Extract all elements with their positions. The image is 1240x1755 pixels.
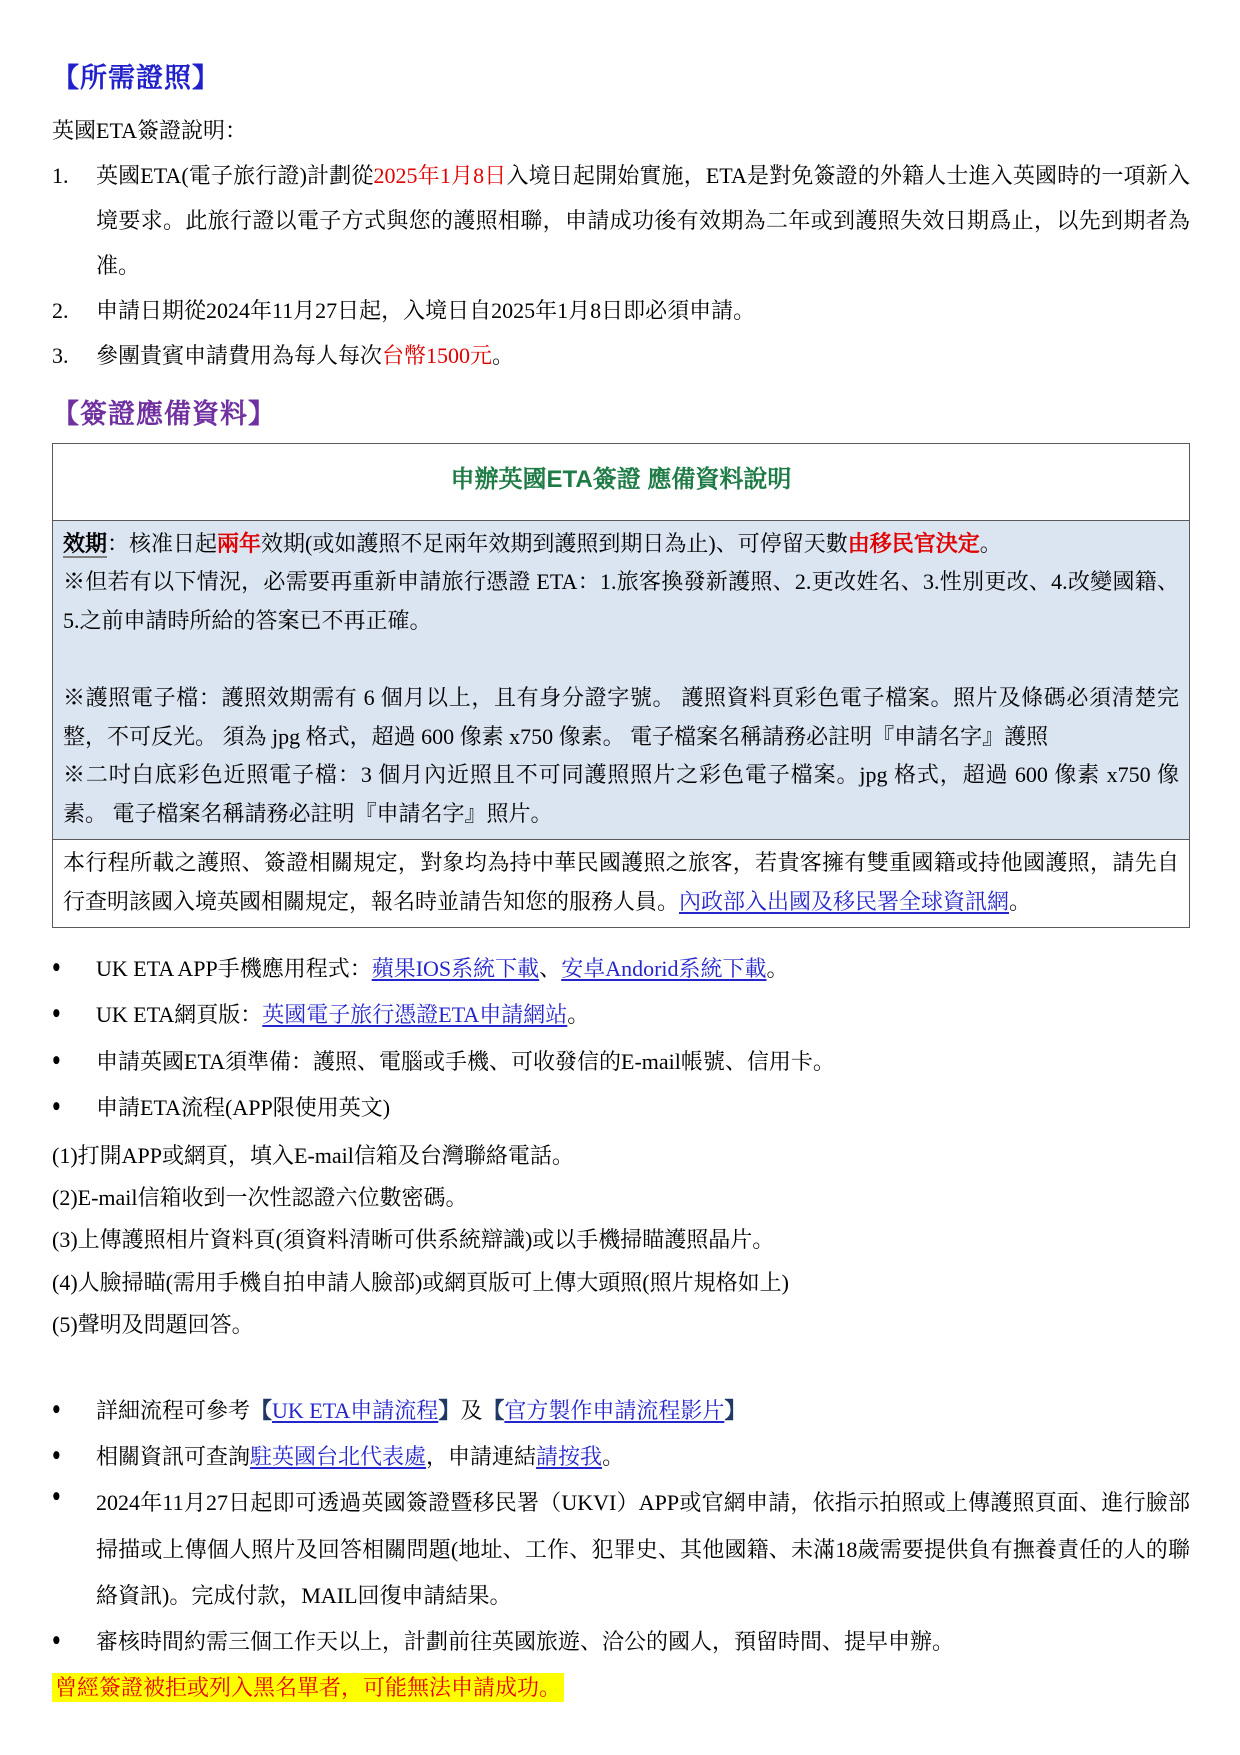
bullet-item: ● 相關資訊可查詢駐英國台北代表處，申請連結請按我。 xyxy=(52,1434,1190,1480)
bullet-list-2: ● 詳細流程可參考【UK ETA申請流程】及【官方製作申請流程影片】 ● 相關資… xyxy=(52,1388,1190,1665)
numbered-item-2-text: 申請日期從2024年11月27日起，入境日自2025年1月8日即必須申請。 xyxy=(96,288,1190,333)
link-immigration-agency-website[interactable]: 內政部入出國及移民署全球資訊網 xyxy=(679,889,1009,914)
document-page: 【所需證照】 英國ETA簽證說明： 1. 英國ETA(電子旅行證)計劃從2025… xyxy=(0,0,1240,1707)
warning-line: 曾經簽證被拒或列入黑名單者，可能無法申請成功。 xyxy=(52,1669,1190,1706)
link-official-process-video[interactable]: 官方製作申請流程影片 xyxy=(504,1398,724,1423)
link-android-download[interactable]: 安卓Andorid系統下載 xyxy=(561,956,766,981)
step-1: (1)打開APP或網頁，填入E-mail信箱及台灣聯絡電話。 xyxy=(52,1135,1190,1177)
link-apple-ios-download[interactable]: 蘋果IOS系統下載 xyxy=(372,956,539,981)
bullet-item-text: 審核時間約需三個工作天以上，計劃前往英國旅遊、洽公的國人，預留時間、提早申辦。 xyxy=(96,1619,1190,1665)
numbered-item-3: 3. 參團貴賓申請費用為每人每次台幣1500元。 xyxy=(52,333,1190,378)
bullet-item-text: UK ETA APP手機應用程式：蘋果IOS系統下載、安卓Andorid系統下載… xyxy=(96,946,1190,992)
link-taipei-representative-office[interactable]: 駐英國台北代表處 xyxy=(250,1444,426,1469)
bullet-item-text: 相關資訊可查詢駐英國台北代表處，申請連結請按我。 xyxy=(96,1434,1190,1480)
bullet-item: ● 2024年11月27日起即可透過英國簽證暨移民署（UKVI）APP或官網申請… xyxy=(52,1480,1190,1619)
bullet-item-text: 申請英國ETA須準備：護照、電腦或手機、可收發信的E-mail帳號、信用卡。 xyxy=(96,1039,1190,1085)
bullet-icon: ● xyxy=(52,1386,89,1437)
application-steps: (1)打開APP或網頁，填入E-mail信箱及台灣聯絡電話。 (2)E-mail… xyxy=(52,1135,1190,1346)
bullet-item-text: 2024年11月27日起即可透過英國簽證暨移民署（UKVI）APP或官網申請，依… xyxy=(96,1480,1190,1619)
intro-line: 英國ETA簽證說明： xyxy=(52,109,1190,153)
validity-paragraph-3: ※護照電子檔：護照效期需有 6 個月以上，且有身分證字號。 護照資料頁彩色電子檔… xyxy=(63,679,1179,756)
list-number-1: 1. xyxy=(52,153,96,288)
bullet-icon: ● xyxy=(52,1617,89,1668)
bullet-icon: ● xyxy=(52,990,89,1041)
bullet-item: ● 申請ETA流程(APP限使用英文) xyxy=(52,1085,1190,1131)
table-validity-cell: 效期：核准日起兩年效期(或如護照不足兩年效期到護照到期日為止)、可停留天數由移民… xyxy=(53,520,1189,841)
list-number-2: 2. xyxy=(52,288,96,333)
table-notice-cell: 本行程所載之護照、簽證相關規定，對象均為持中華民國護照之旅客，若貴客擁有雙重國籍… xyxy=(53,840,1189,927)
blank-line xyxy=(63,640,1179,679)
bullet-item: ● UK ETA APP手機應用程式：蘋果IOS系統下載、安卓Andorid系統… xyxy=(52,946,1190,992)
highlight-warning-text: 曾經簽證被拒或列入黑名單者，可能無法申請成功。 xyxy=(52,1673,564,1702)
validity-paragraph-2: ※但若有以下情況，必需要再重新申請旅行憑證 ETA：1.旅客換發新護照、2.更改… xyxy=(63,563,1179,640)
vertical-spacer xyxy=(52,1346,1190,1388)
bullet-icon: ● xyxy=(52,1082,89,1133)
link-apply-here[interactable]: 請按我 xyxy=(536,1444,602,1469)
validity-paragraph-1: 效期：核准日起兩年效期(或如護照不足兩年效期到護照到期日為止)、可停留天數由移民… xyxy=(63,525,1179,564)
bullet-icon: ● xyxy=(52,944,89,995)
section-title-visa-documents: 【簽證應備資料】 xyxy=(52,392,1190,431)
link-uk-eta-process[interactable]: UK ETA申請流程 xyxy=(272,1398,438,1423)
bullet-item: ● 詳細流程可參考【UK ETA申請流程】及【官方製作申請流程影片】 xyxy=(52,1388,1190,1434)
bullet-item: ● 審核時間約需三個工作天以上，計劃前往英國旅遊、洽公的國人，預留時間、提早申辦… xyxy=(52,1619,1190,1665)
section-title-required-documents: 【所需證照】 xyxy=(52,56,1190,95)
numbered-item-1: 1. 英國ETA(電子旅行證)計劃從2025年1月8日入境日起開始實施，ETA是… xyxy=(52,153,1190,288)
bullet-icon: ● xyxy=(52,1474,89,1626)
visa-info-table: 申辦英國ETA簽證 應備資料說明 效期：核准日起兩年效期(或如護照不足兩年效期到… xyxy=(52,443,1190,928)
step-5: (5)聲明及問題回答。 xyxy=(52,1304,1190,1346)
step-2: (2)E-mail信箱收到一次性認證六位數密碼。 xyxy=(52,1177,1190,1219)
numbered-item-2: 2. 申請日期從2024年11月27日起，入境日自2025年1月8日即必須申請。 xyxy=(52,288,1190,333)
step-4: (4)人臉掃瞄(需用手機自拍申請人臉部)或網頁版可上傳大頭照(照片規格如上) xyxy=(52,1262,1190,1304)
bullet-icon: ● xyxy=(52,1036,89,1087)
bullet-item-text: 申請ETA流程(APP限使用英文) xyxy=(96,1085,1190,1131)
numbered-item-3-text: 參團貴賓申請費用為每人每次台幣1500元。 xyxy=(96,333,1190,378)
bullet-list-1: ● UK ETA APP手機應用程式：蘋果IOS系統下載、安卓Andorid系統… xyxy=(52,946,1190,1131)
numbered-item-1-text: 英國ETA(電子旅行證)計劃從2025年1月8日入境日起開始實施，ETA是對免簽… xyxy=(96,153,1190,288)
bullet-item: ● UK ETA網頁版：英國電子旅行憑證ETA申請網站。 xyxy=(52,992,1190,1038)
list-number-3: 3. xyxy=(52,333,96,378)
bullet-item-text: 詳細流程可參考【UK ETA申請流程】及【官方製作申請流程影片】 xyxy=(96,1388,1190,1434)
bullet-item: ● 申請英國ETA須準備：護照、電腦或手機、可收發信的E-mail帳號、信用卡。 xyxy=(52,1039,1190,1085)
link-uk-eta-application-site[interactable]: 英國電子旅行憑證ETA申請網站 xyxy=(262,1002,567,1027)
step-3: (3)上傳護照相片資料頁(須資料清晰可供系統辯識)或以手機掃瞄護照晶片。 xyxy=(52,1219,1190,1261)
validity-paragraph-4: ※二吋白底彩色近照電子檔：3 個月內近照且不可同護照照片之彩色電子檔案。jpg … xyxy=(63,756,1179,833)
table-title: 申辦英國ETA簽證 應備資料說明 xyxy=(53,444,1189,519)
bullet-item-text: UK ETA網頁版：英國電子旅行憑證ETA申請網站。 xyxy=(96,992,1190,1038)
